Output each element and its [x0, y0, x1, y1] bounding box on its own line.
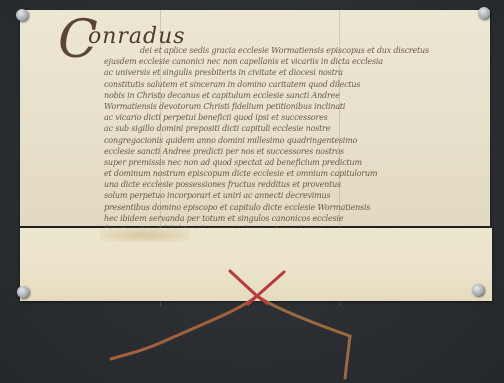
text-line: hec ibidem servanda per totum et singulo…	[104, 213, 476, 224]
mounting-pin-icon	[472, 284, 484, 296]
text-line: una dicte ecclesie possessiones fructus …	[104, 179, 476, 190]
text-line: ecclesie sancti Andree predicti per nos …	[104, 146, 476, 157]
mounting-pin-icon	[478, 7, 490, 19]
text-line: constitutis salutem et sinceram in domin…	[104, 79, 476, 90]
text-line: et dominum nostrum episcopum dicte eccle…	[104, 168, 476, 179]
water-stain	[100, 228, 190, 242]
text-line: presentibus domino episcopo et capitulo …	[104, 202, 476, 213]
folded-plica	[20, 228, 492, 301]
mounting-pin-icon	[17, 286, 29, 298]
text-line: congregacionis quidem anno domini milles…	[104, 135, 476, 146]
text-line: solum perpetuo incorporari et uniri ac a…	[104, 190, 476, 201]
mounting-pin-icon	[16, 9, 28, 21]
text-line: ac sub sigillo domini prepositi dicti ca…	[104, 123, 476, 134]
text-line: dei et aplice sedis gracia ecclesie Worm…	[104, 45, 476, 56]
charter-text: dei et aplice sedis gracia ecclesie Worm…	[104, 45, 476, 258]
text-line: nobis in Christo decanus et capitulum ec…	[104, 90, 476, 101]
text-line: super premissis nec non ad quod spectat …	[104, 157, 476, 168]
text-line: ac universis et singulis presbiteris in …	[104, 67, 476, 78]
text-line: ac vicario dicti perpetui beneficii quod…	[104, 112, 476, 123]
text-line: ejusdem ecclesie canonici nec non capell…	[104, 56, 476, 67]
text-line: Wormatiensis devotorum Christi fidelium …	[104, 101, 476, 112]
